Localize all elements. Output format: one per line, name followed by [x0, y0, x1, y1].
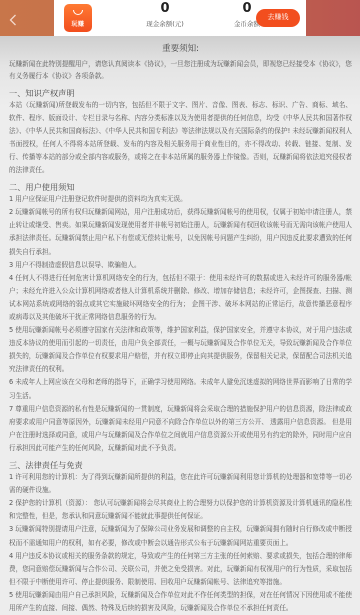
back-button[interactable]	[6, 12, 20, 28]
section-paragraph: 2 保护您的计算机（资源）： 您认可玩赚新闻将会尽其商业上的合理努力以保护您的计…	[9, 497, 352, 523]
cash-balance: 0 现金余额(元)	[130, 1, 200, 28]
section-paragraph: 本站（玩赚新闻)所登载发布的一切内容，包括但不限于文字、图片、音像、图表、标志、…	[9, 99, 352, 178]
app-logo-text: 玩赚	[64, 19, 92, 28]
go-earn-button[interactable]: 去赚钱	[256, 9, 300, 27]
cash-balance-value: 0	[130, 1, 200, 17]
section-paragraph: 2 玩赚新闻帐号的所有权归玩赚新闻网站，用户注册成功后，获得玩赚新闻帐号的使用权…	[9, 206, 352, 258]
top-header: 玩赚 0 现金余额(元) 0 金币余额 去赚钱	[0, 0, 360, 36]
agreement-content[interactable]: 重要须知: 玩赚新闻在此特别提醒用户，请您认真阅读本《协议》，一旦您注册成为玩赚…	[0, 36, 360, 600]
agreement-intro: 玩赚新闻在此特别提醒用户，请您认真阅读本《协议》，一旦您注册成为玩赚新闻会员，即…	[9, 58, 352, 83]
notice-title: 重要须知:	[9, 43, 352, 55]
section-title-user-notice: 二、用户使用须知	[9, 181, 352, 193]
chevron-left-icon	[9, 14, 17, 26]
smile-icon	[73, 10, 83, 15]
section-paragraph: 4 用户违反本协议或相关的服务条款的规定，导致或产生的任何第三方主张的任何索赔、…	[9, 550, 352, 589]
section-paragraph: 1 用户应保证用户注册登记软件时提供的资料均为真实无误。	[9, 193, 352, 206]
section-title-liability: 三、法律责任与免责	[9, 459, 352, 471]
balance-card: 玩赚 0 现金余额(元) 0 金币余额 去赚钱	[54, 0, 306, 36]
section-paragraph: 7 尊重用户信息资源的私有性是玩赚新闻的一贯制度，玩赚新闻将会采取合理的措施保护…	[9, 403, 352, 455]
section-paragraph: 5 使用玩赚新闻帐号必须遵守国家有关法律和政策等，维护国家利益，保护国家安全，并…	[9, 324, 352, 376]
section-paragraph: 4 任何人不得进行任何危害计算机网络安全的行为，包括但不限于：使用未经许可的数据…	[9, 272, 352, 324]
app-logo-icon: 玩赚	[64, 4, 92, 32]
section-paragraph: 3 用户不得制造虚假信息以误导、欺骗他人。	[9, 259, 352, 272]
section-paragraph: 3 玩赚新闻特别提请用户注意，玩赚新闻为了保障公司业务发展和调整的自主权，玩赚新…	[9, 523, 352, 549]
cash-balance-label: 现金余额(元)	[130, 19, 200, 28]
section-paragraph: 5 使用玩赚新闻由用户自己承担风险，玩赚新闻及合作单位对此不作任何类型的担保，对…	[9, 589, 352, 600]
section-title-ip: 一、知识产权声明	[9, 87, 352, 99]
section-paragraph: 1 许可利用您的计算机：为了得到玩赚新闻所提供的利益，您在此许可玩赚新闻利用您计…	[9, 471, 352, 497]
section-paragraph: 6 未成年人上网应该在父母和老师的指导下，正确学习使用网络。未成年人避免沉迷虚拟…	[9, 376, 352, 402]
